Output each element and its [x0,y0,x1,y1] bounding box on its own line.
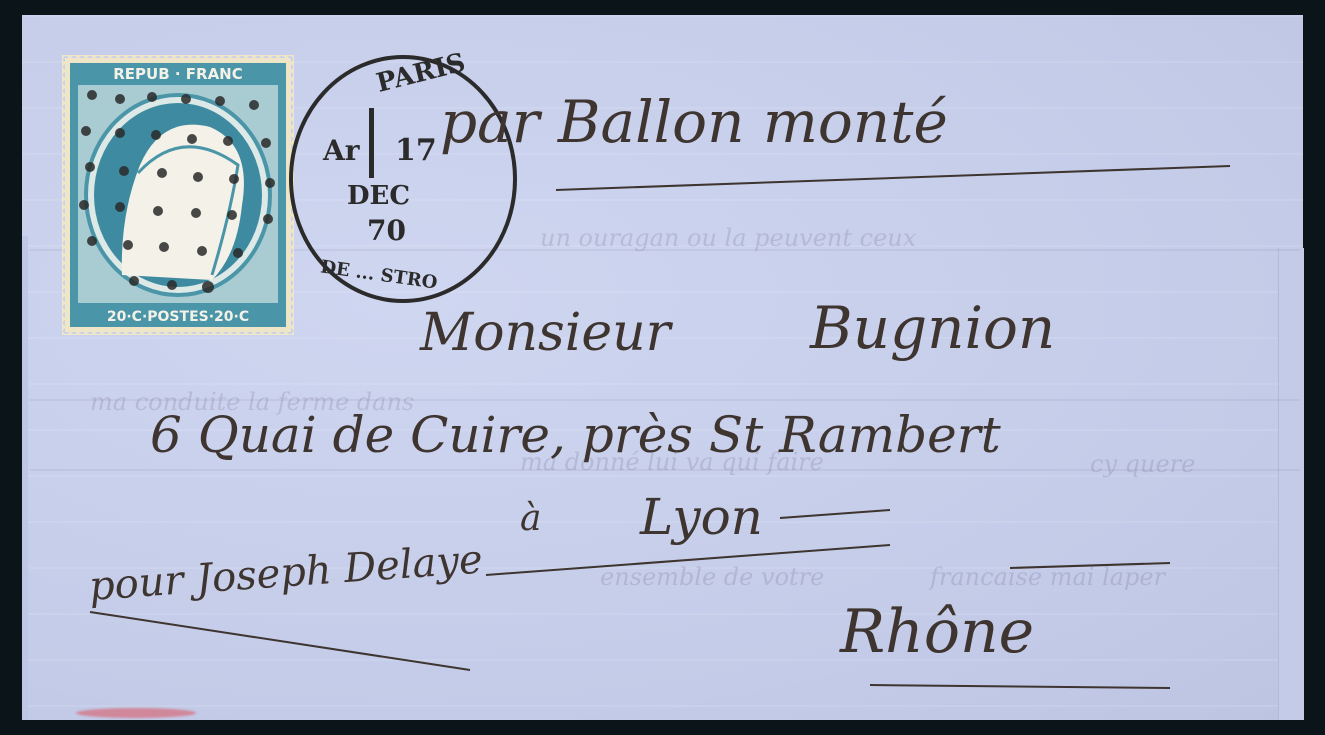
postmark-day: 17 [395,133,437,168]
red-ink-mark [76,708,196,718]
stamp-bottom-text: 20·C·POSTES·20·C [107,309,249,325]
postage-stamp: REPUB · FRANC 20·C·POSTES·20·C [62,55,294,335]
postmark-month: DEC [347,181,410,211]
letter-fold-right [1278,248,1304,720]
postmark-year: 70 [367,214,406,247]
postmark-line1: Ar [322,134,361,167]
postmark-city: PARIS [373,48,468,99]
postmark-bottom: DE ... STRO [319,256,438,293]
stamp-top-text: REPUB · FRANC [113,65,243,83]
letter-fold-left [22,236,28,720]
date-postmark: PARIS Ar 17 DEC 70 DE ... STRO [283,48,523,310]
